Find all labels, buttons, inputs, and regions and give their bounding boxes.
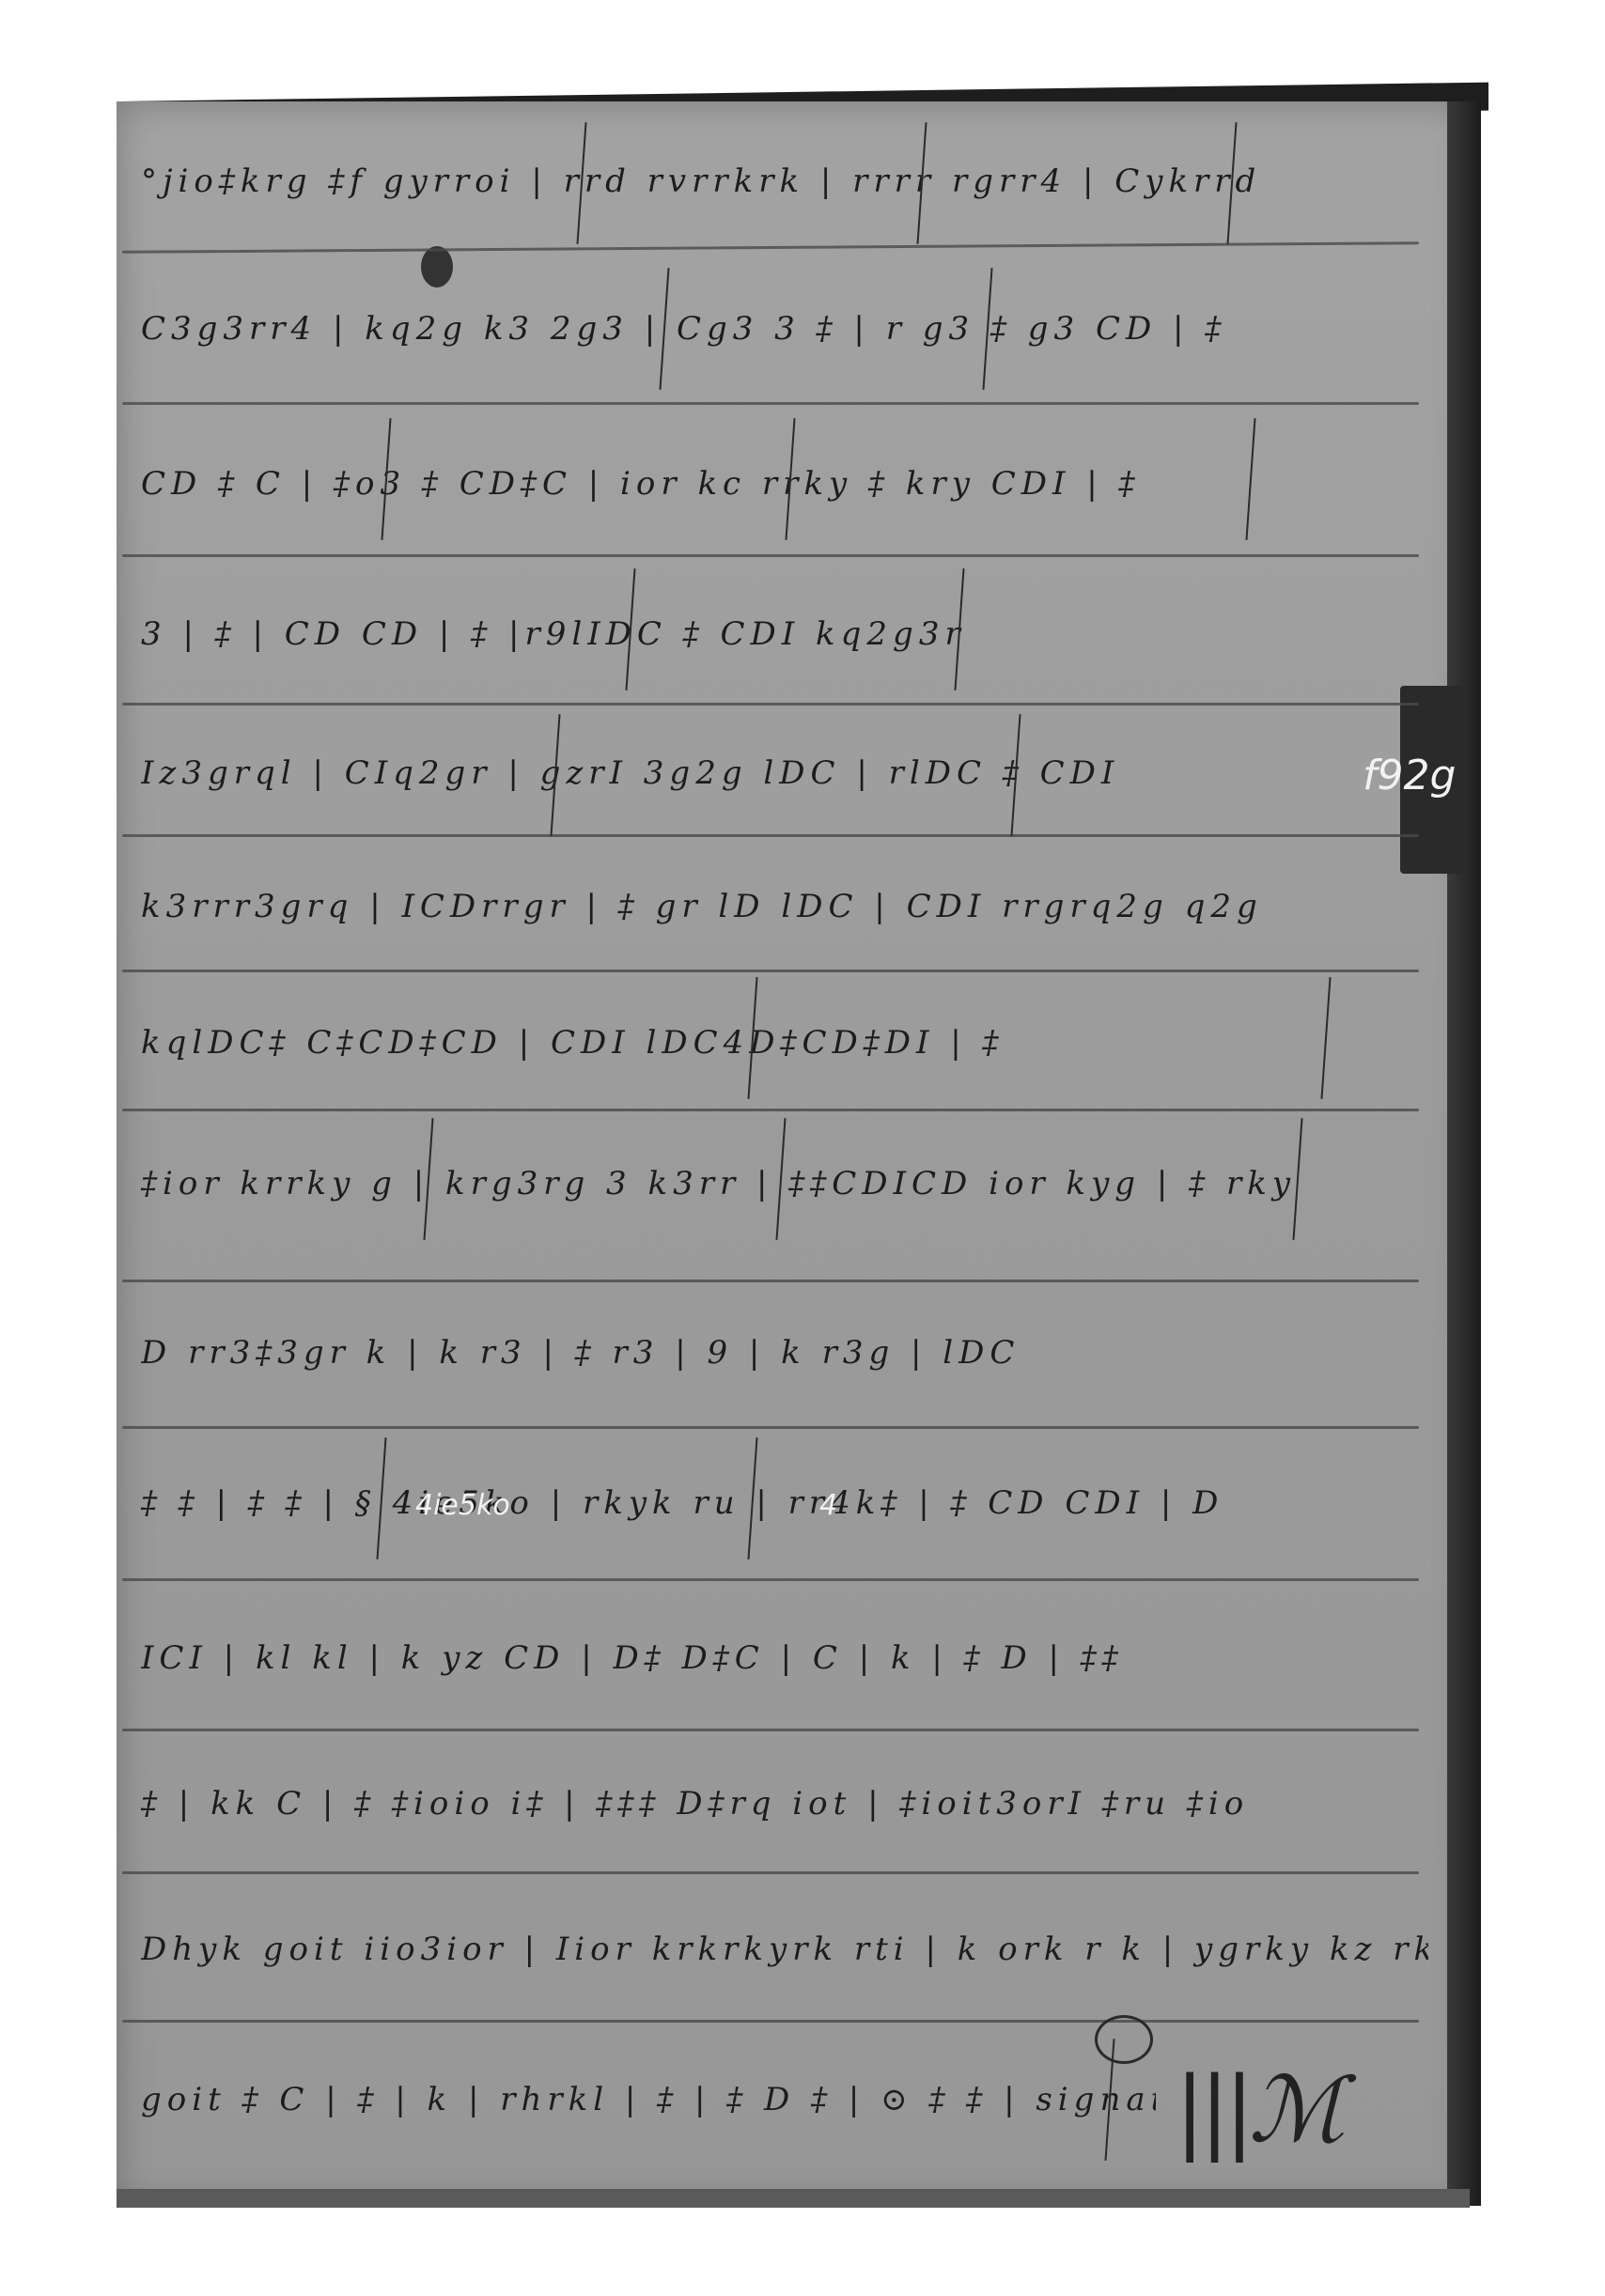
- tablature-system-7: kqlDC‡ C‡CD‡CD | CDI lDC4D‡CD‡DI | ‡: [141, 972, 1428, 1113]
- page-bottom-edge: [117, 2189, 1470, 2208]
- page-right-edge: [1447, 101, 1481, 2206]
- staff-divider: [122, 2020, 1419, 2023]
- inserted-annotation: 4: [819, 1489, 837, 1522]
- staff-divider: [122, 402, 1419, 405]
- tablature-system-14: goit ‡ C | ‡ | k | rhrkl | ‡ | ‡ D ‡ | ⊙…: [141, 2029, 1156, 2170]
- staff-divider: [122, 1578, 1419, 1581]
- scribe-signature: |||ℳ: [1175, 2057, 1340, 2163]
- tablature-system-9: D rr3‡3gr k | k r3 | ‡ r3 | 9 | k r3g | …: [141, 1282, 1428, 1423]
- tablature-system-6: k3rrr3grq | ICDrrgr | ‡ gr lD lDC | CDI …: [141, 836, 1428, 977]
- tablature-system-5: Iz3grql | CIq2gr | gzrI 3g2g lDC | rlDC …: [141, 703, 1428, 844]
- folio-number: f92g: [1363, 752, 1456, 799]
- staff-divider: [122, 1426, 1419, 1429]
- tablature-system-4: 3 | ‡ | CD CD | ‡ |r9lIDC ‡ CDI kq2g3r: [141, 564, 1428, 705]
- fermata-mark: [1095, 2015, 1153, 2064]
- tablature-system-12: ‡ | kk C | ‡ ‡ioio i‡ | ‡‡‡ D‡rq iot | ‡…: [141, 1733, 1428, 1874]
- staff-divider: [122, 1729, 1419, 1731]
- tablature-system-10: ‡ ‡ | ‡ ‡ | § 4ie5ko | rkyk ru | rr4k‡ |…: [141, 1433, 1428, 1574]
- tablature-system-2: C3g3rr4 | kq2g k3 2g3 | Cg3 3 ‡ | r g3 ‡…: [141, 258, 1428, 399]
- tablature-system-11: ICI | kl kl | k yz CD | D‡ D‡C | C | k |…: [141, 1588, 1428, 1729]
- staff-divider: [122, 554, 1419, 557]
- tablature-system-13: Dhyk goit iio3ior | Iior krkrkyrk rti | …: [141, 1879, 1428, 2020]
- inserted-annotation: 4ie5ko: [415, 1489, 510, 1522]
